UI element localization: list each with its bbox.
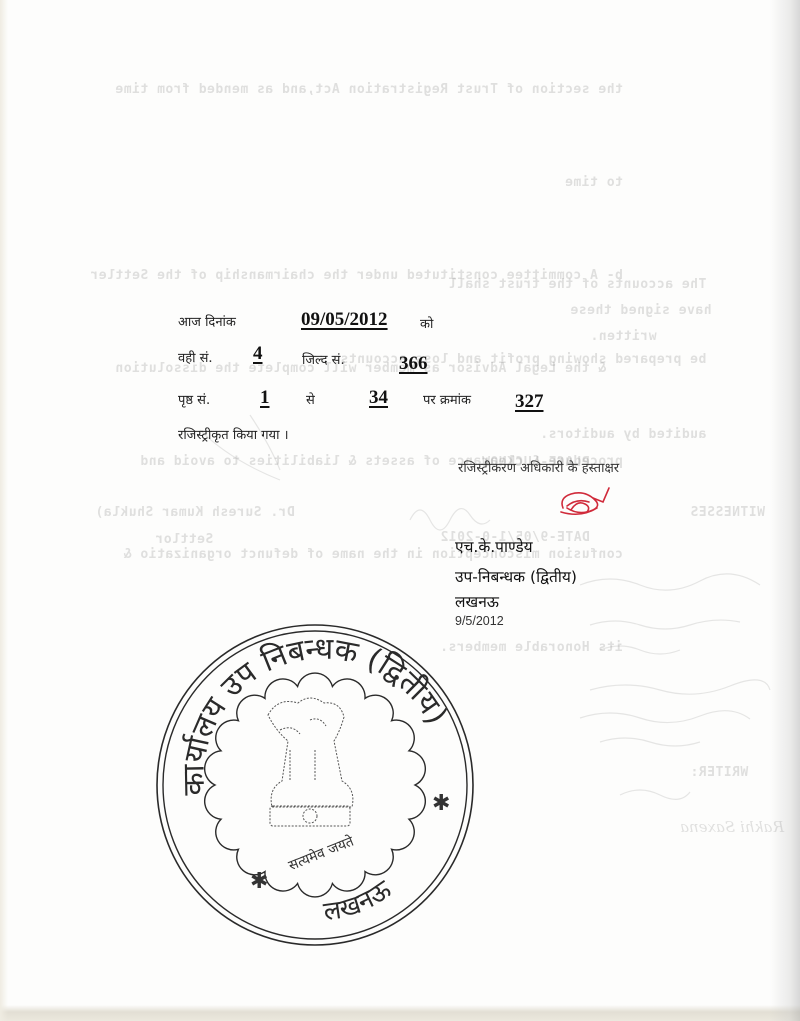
serial-label: पर क्रमांक	[423, 390, 471, 408]
volume-label: जिल्द सं.	[302, 350, 345, 368]
registrar-stamp: कार्यालय उप निबन्धक (द्वितीय) लखनऊ ✱ ✱ स…	[150, 620, 480, 950]
date-label: आज दिनांक	[178, 312, 236, 330]
page-to: 34	[369, 387, 388, 409]
signature-scribble-icon	[555, 478, 615, 523]
serial-number: 327	[515, 391, 544, 413]
page-from: 1	[260, 387, 270, 409]
officer-city: लखनऊ	[455, 590, 499, 612]
star-icon: ✱	[250, 869, 268, 894]
star-icon: ✱	[432, 791, 450, 816]
to-label: से	[306, 390, 315, 408]
registered-statement: रजिस्ट्रीकृत किया गया ।	[178, 425, 289, 443]
book-number: 4	[253, 343, 263, 365]
date-suffix: को	[420, 314, 433, 332]
book-label: वही सं.	[178, 348, 213, 366]
officer-name: एच.के.पाण्डेय	[455, 535, 533, 557]
officer-designation: उप-निबन्धक (द्वितीय)	[455, 565, 577, 587]
stamp-motto: सत्यमेव जयते	[286, 832, 357, 874]
registration-date: 09/05/2012	[301, 309, 388, 331]
page-label: पृष्ठ सं.	[178, 390, 210, 408]
volume-number: 366	[399, 353, 428, 375]
national-emblem-icon	[268, 698, 353, 826]
signature-label: रजिस्ट्रीकरण अधिकारी के हस्ताक्षर	[458, 458, 619, 476]
stamp-bottom-text: लखनऊ	[322, 874, 398, 927]
